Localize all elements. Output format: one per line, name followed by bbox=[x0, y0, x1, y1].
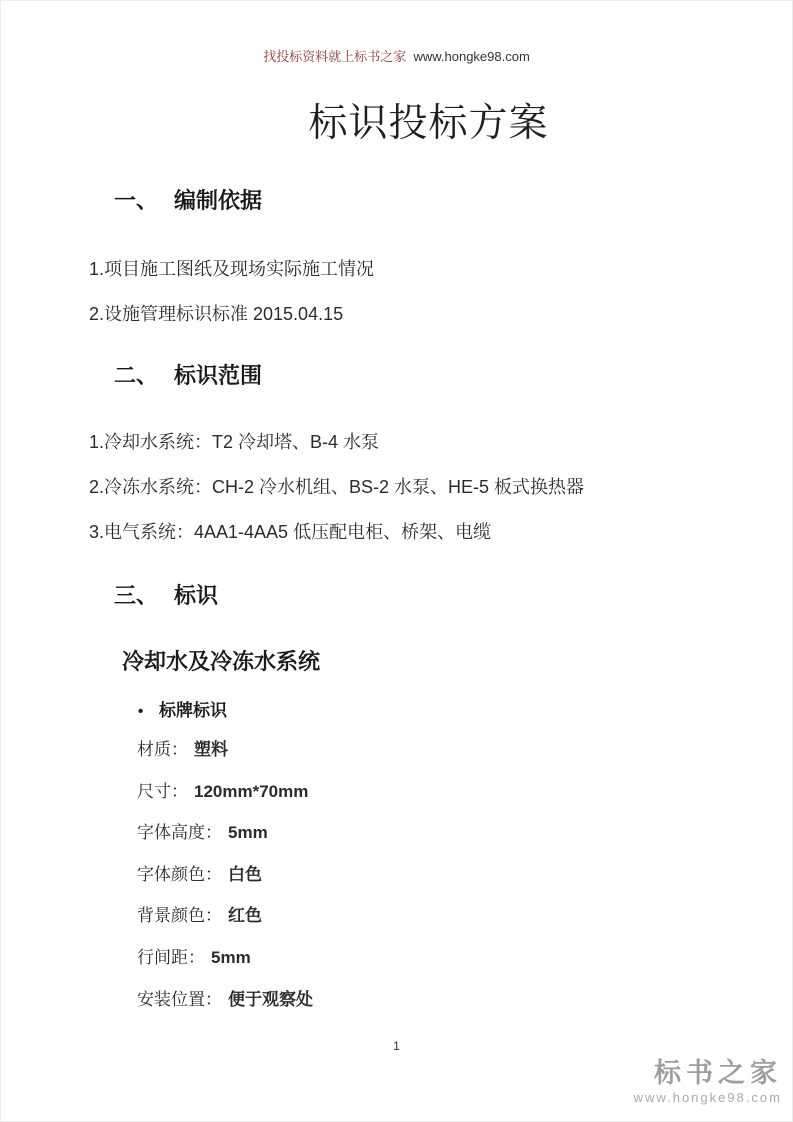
bullet-label: 标牌标识 bbox=[159, 701, 227, 720]
spec-line-material: 材质：塑料 bbox=[137, 739, 228, 760]
list-item: 2.冷冻水系统：CH-2 冷水机组、BS-2 水泵、HE-5 板式换热器 bbox=[89, 476, 584, 499]
spec-label: 材质： bbox=[137, 740, 188, 759]
list-item: 1.项目施工图纸及现场实际施工情况 bbox=[89, 258, 374, 281]
spec-value: 塑料 bbox=[194, 740, 228, 759]
header-site-url: www.hongke98.com bbox=[413, 49, 529, 64]
spec-line-size: 尺寸：120mm*70mm bbox=[137, 781, 308, 802]
spec-value: 5mm bbox=[228, 823, 268, 842]
watermark: 标书之家 www.hongke98.com bbox=[634, 1059, 782, 1105]
page-number: 1 bbox=[1, 1039, 792, 1054]
spec-value: 红色 bbox=[228, 906, 262, 925]
watermark-url: www.hongke98.com bbox=[634, 1091, 782, 1105]
spec-label: 字体高度： bbox=[137, 823, 222, 842]
spec-value: 120mm*70mm bbox=[194, 782, 308, 801]
list-item: 2.设施管理标识标准 2015.04.15 bbox=[89, 303, 343, 326]
document-page: 找投标资料就上标书之家 www.hongke98.com 标识投标方案 一、编制… bbox=[0, 0, 793, 1122]
spec-label: 尺寸： bbox=[137, 782, 188, 801]
spec-value: 5mm bbox=[211, 948, 251, 967]
list-item: 3.电气系统：4AA1-4AA5 低压配电柜、桥架、电缆 bbox=[89, 521, 491, 544]
spec-line-font-height: 字体高度：5mm bbox=[137, 822, 268, 843]
section-title: 编制依据 bbox=[174, 188, 262, 213]
spec-label: 字体颜色： bbox=[137, 865, 222, 884]
watermark-brand: 标书之家 bbox=[634, 1059, 782, 1089]
section-title: 标识范围 bbox=[174, 363, 262, 388]
bullet-icon: • bbox=[138, 703, 159, 722]
spec-label: 背景颜色： bbox=[137, 906, 222, 925]
section-number: 一、 bbox=[114, 188, 158, 213]
spec-line-bg-color: 背景颜色：红色 bbox=[137, 905, 262, 926]
section-heading-1: 一、编制依据 bbox=[114, 187, 262, 215]
spec-line-font-color: 字体颜色：白色 bbox=[137, 864, 262, 885]
header-note: 找投标资料就上标书之家 www.hongke98.com bbox=[1, 49, 792, 65]
list-item: 1.冷却水系统：T2 冷却塔、B-4 水泵 bbox=[89, 431, 379, 454]
spec-label: 安装位置： bbox=[137, 990, 222, 1009]
section-heading-3: 三、标识 bbox=[114, 582, 218, 610]
spec-value: 便于观察处 bbox=[228, 990, 313, 1009]
spec-label: 行间距： bbox=[137, 948, 205, 967]
spec-value: 白色 bbox=[228, 865, 262, 884]
document-title: 标识投标方案 bbox=[1, 100, 792, 149]
header-site-text: 找投标资料就上标书之家 bbox=[263, 49, 406, 64]
spec-line-install-position: 安装位置：便于观察处 bbox=[137, 989, 313, 1010]
subsection-title: 冷却水及冷冻水系统 bbox=[122, 648, 320, 676]
section-heading-2: 二、标识范围 bbox=[114, 362, 262, 390]
section-number: 三、 bbox=[114, 583, 158, 608]
section-number: 二、 bbox=[114, 363, 158, 388]
spec-line-line-spacing: 行间距：5mm bbox=[137, 947, 251, 968]
section-title: 标识 bbox=[174, 583, 218, 608]
bullet-item: •标牌标识 bbox=[138, 700, 227, 722]
